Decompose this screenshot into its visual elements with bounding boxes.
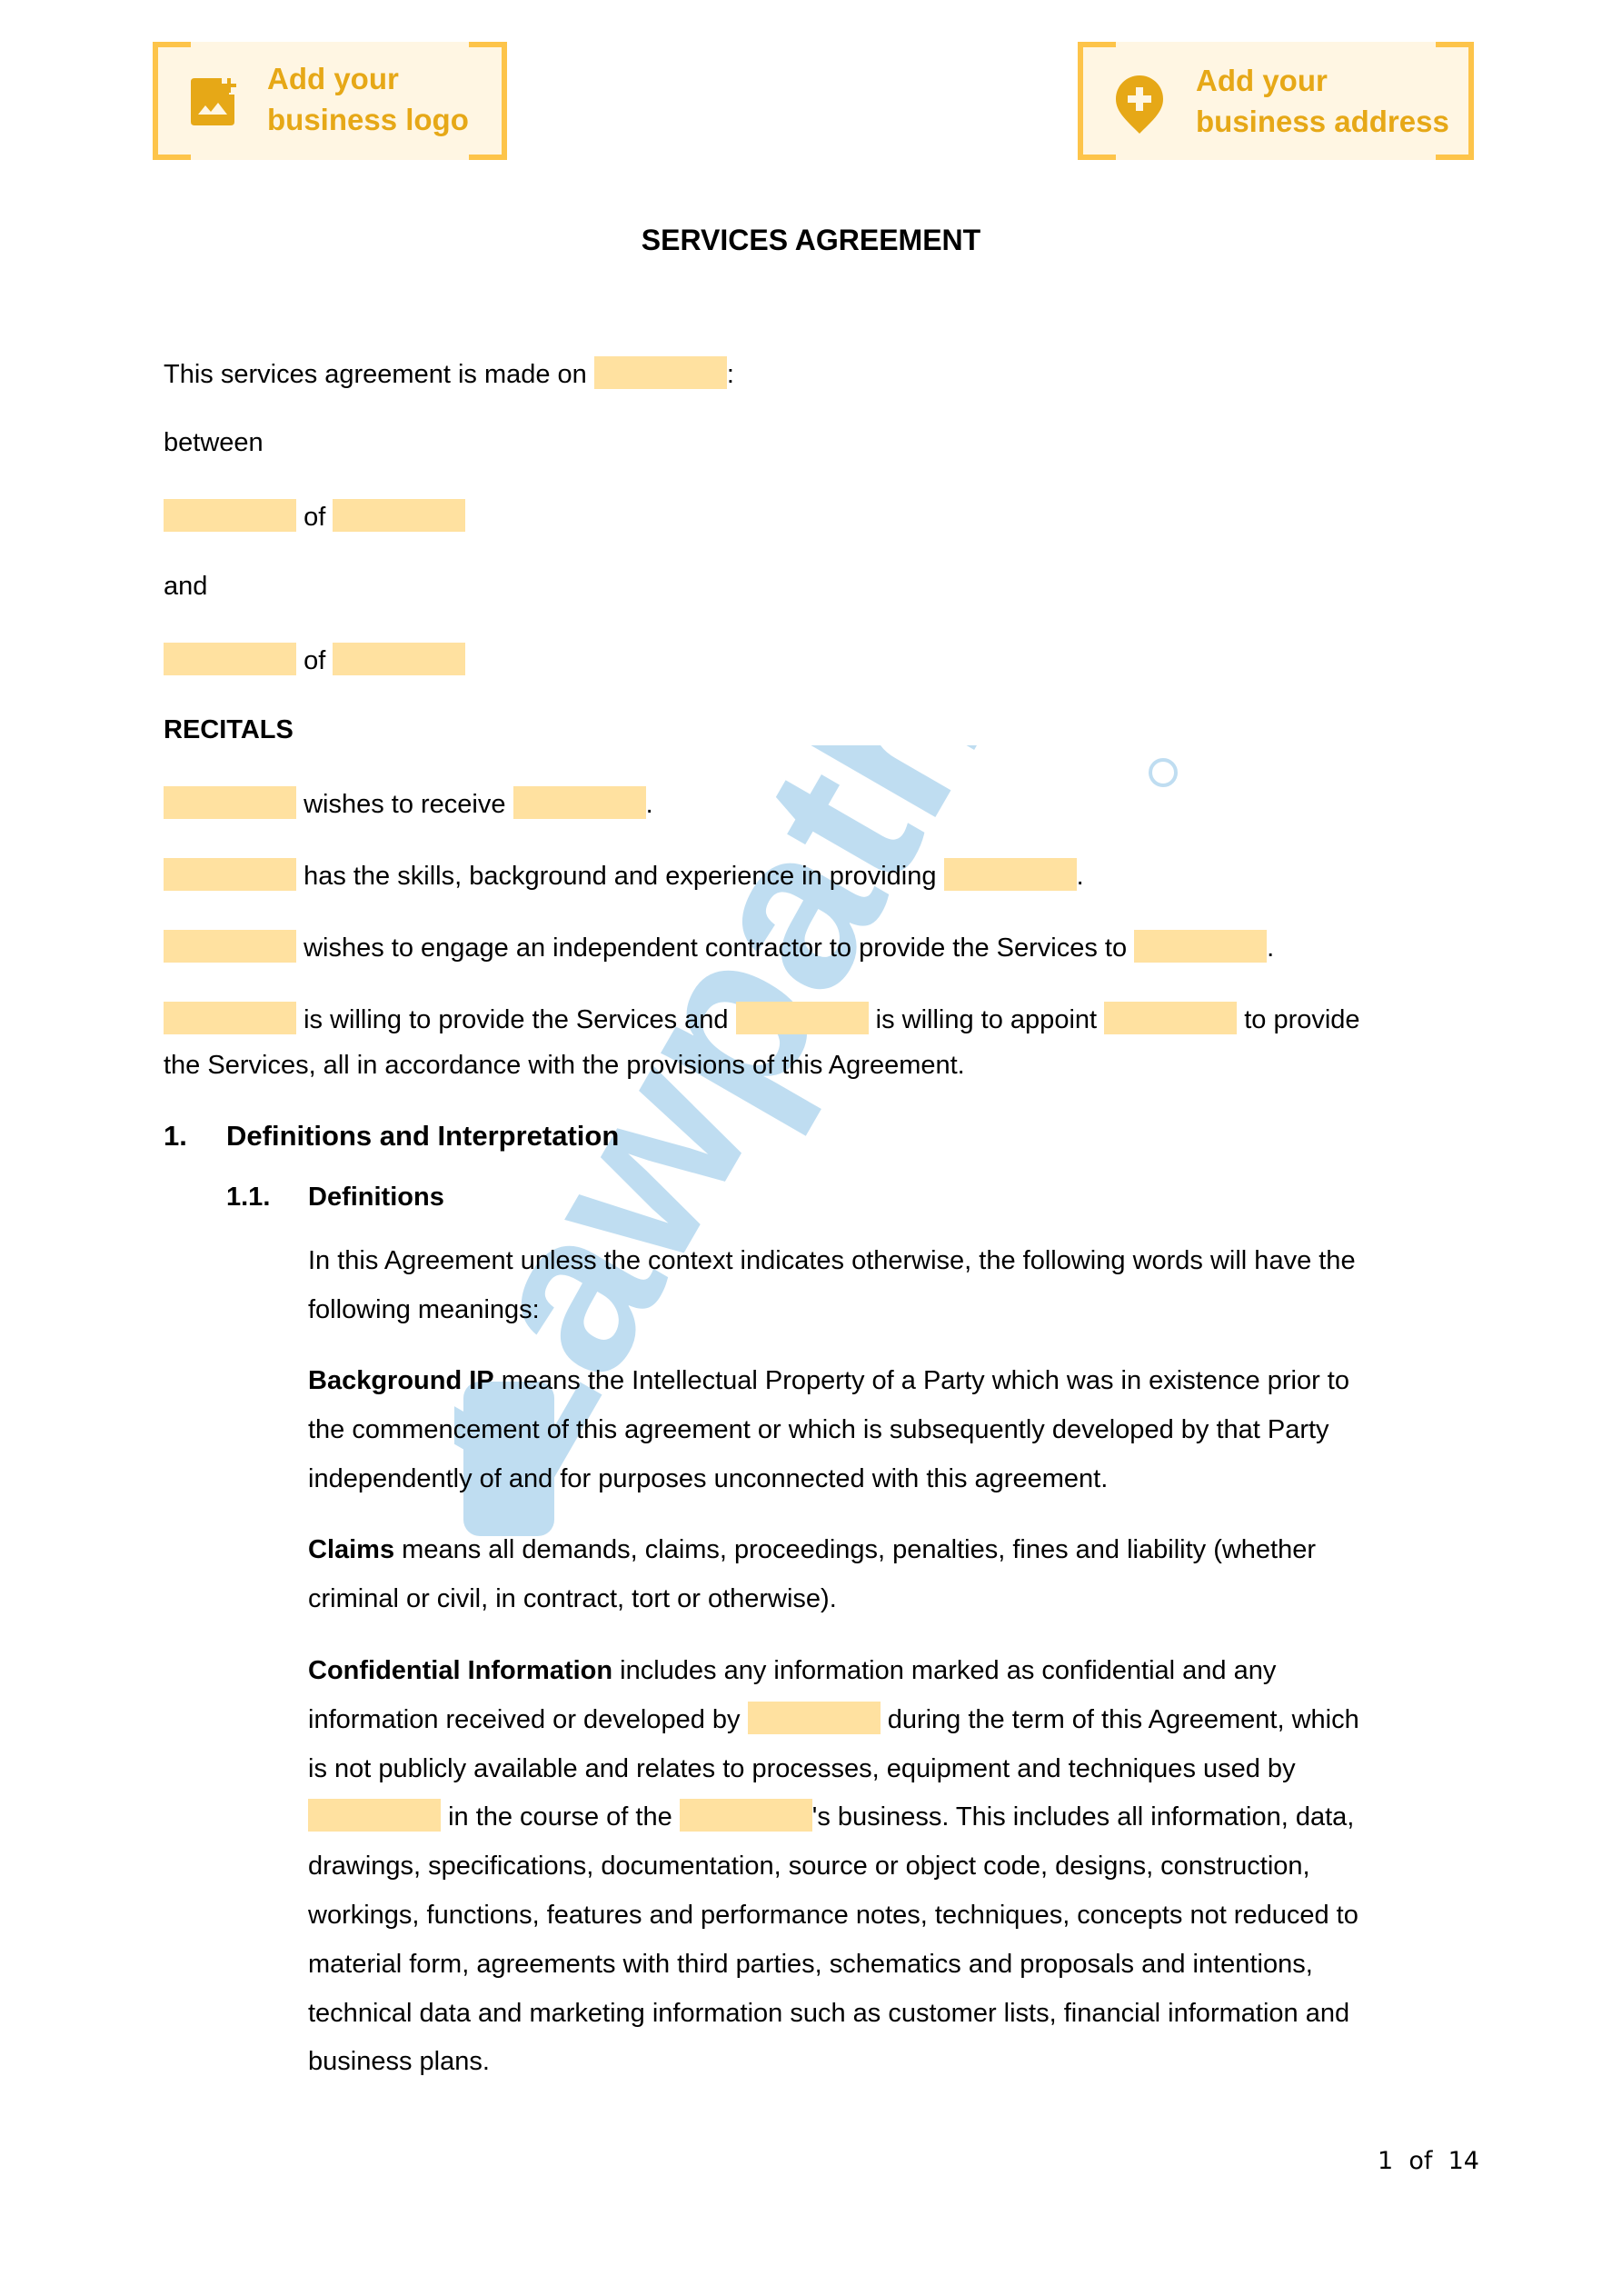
recital-d-line-2: the Services, all in accordance with the… <box>164 1050 965 1081</box>
services-field[interactable] <box>513 786 646 819</box>
definitions-intro: In this Agreement unless the context ind… <box>308 1237 1356 1335</box>
section-1-title: Definitions and Interpretation <box>226 1121 619 1152</box>
between-label: between <box>164 427 264 458</box>
section-1-number: 1. <box>164 1121 187 1152</box>
logo-placeholder-text: Add your business logo <box>267 58 469 140</box>
address-placeholder-text: Add your business address <box>1196 60 1449 142</box>
party-2-line: of <box>164 643 465 676</box>
contractor-name-field[interactable] <box>1104 1002 1237 1034</box>
recital-c: wishes to engage an independent contract… <box>164 930 1274 963</box>
definition-background-ip: Background IP means the Intellectual Pro… <box>308 1357 1349 1503</box>
add-business-logo-button[interactable]: Add your business logo <box>153 42 507 160</box>
add-business-address-button[interactable]: Add your business address <box>1078 42 1474 160</box>
contractor-name-field[interactable] <box>748 1702 881 1734</box>
recital-d: is willing to provide the Services and i… <box>164 1002 1360 1035</box>
party-2-name-field[interactable] <box>164 643 296 675</box>
party-1-address-field[interactable] <box>333 499 465 532</box>
recital-b: has the skills, background and experienc… <box>164 858 1084 892</box>
party-1-name-field[interactable] <box>164 499 296 532</box>
document-page: Add your business logo Add your business… <box>0 0 1622 2296</box>
bracket-right <box>469 42 507 160</box>
recital-a: wishes to receive . <box>164 786 653 820</box>
section-1-1-number: 1.1. <box>226 1182 270 1213</box>
definition-term: Claims <box>308 1535 394 1564</box>
definition-term: Confidential Information <box>308 1656 612 1685</box>
bracket-left <box>153 42 191 160</box>
contractor-name-field[interactable] <box>164 858 296 891</box>
document-title: SERVICES AGREEMENT <box>0 224 1622 257</box>
intro-line: This services agreement is made on : <box>164 356 734 390</box>
bracket-left <box>1078 42 1116 160</box>
definition-claims: Claims means all demands, claims, procee… <box>308 1526 1316 1624</box>
party-1-line: of <box>164 499 465 533</box>
recitals-heading: RECITALS <box>164 714 294 745</box>
contractor-name-field[interactable] <box>164 1002 296 1034</box>
definition-term: Background IP <box>308 1366 494 1395</box>
client-name-field[interactable] <box>164 930 296 963</box>
section-1-1-title: Definitions <box>308 1182 444 1213</box>
client-name-field[interactable] <box>736 1002 869 1034</box>
client-name-field[interactable] <box>680 1799 812 1832</box>
party-2-address-field[interactable] <box>333 643 465 675</box>
add-image-icon <box>191 78 238 125</box>
client-name-field[interactable] <box>164 786 296 819</box>
definition-confidential-information: Confidential Information includes any in… <box>308 1647 1359 2087</box>
client-name-field[interactable] <box>1134 930 1267 963</box>
contractor-name-field[interactable] <box>308 1799 441 1832</box>
agreement-date-field[interactable] <box>594 356 727 389</box>
services-field[interactable] <box>944 858 1077 891</box>
and-label: and <box>164 571 207 602</box>
page-number: 1 of 14 <box>1378 2147 1479 2175</box>
location-pin-plus-icon <box>1116 75 1163 135</box>
